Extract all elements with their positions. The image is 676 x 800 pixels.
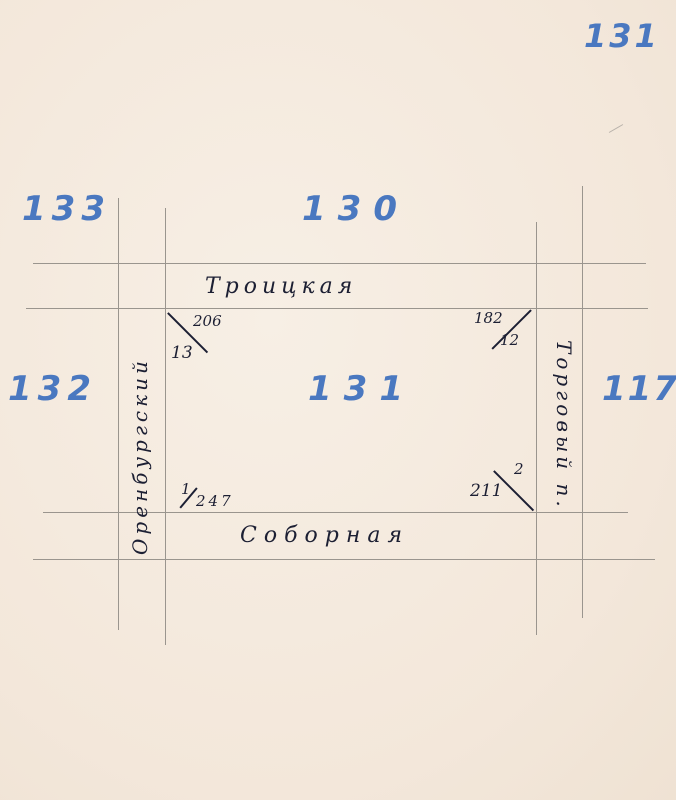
corner-lot-bottom-left-lower: 247 [196, 494, 234, 509]
corner-lot-bottom-left-upper: 1 [181, 482, 191, 497]
corner-lot-top-left-lower: 13 [171, 345, 193, 362]
street-line-left-outer [118, 198, 119, 630]
corner-lot-bottom-right-lower: 211 [470, 483, 502, 500]
street-line-left-inner [165, 208, 166, 645]
street-line-top-lower [26, 308, 648, 309]
street-name-left: Оренбургский [130, 357, 150, 555]
street-line-right-outer [582, 186, 583, 618]
corner-lot-bottom-right-upper: 2 [514, 462, 524, 477]
corner-lot-top-right-lower: 12 [500, 333, 519, 348]
street-line-top-upper [33, 263, 646, 264]
page-number: 131 [584, 20, 660, 52]
street-name-right: Торговый п. [554, 340, 574, 511]
block-number-top: 130 [302, 192, 409, 226]
block-number-center: 131 [308, 372, 415, 406]
block-number-top-left: 133 [22, 192, 111, 226]
block-number-left: 132 [8, 372, 97, 406]
street-line-right-inner [536, 222, 537, 635]
street-name-top: Троицкая [205, 276, 357, 298]
corner-lot-top-right-upper: 182 [474, 311, 503, 326]
street-name-bottom: Соборная [240, 525, 409, 547]
corner-lot-top-left-upper: 206 [193, 314, 222, 329]
block-number-right: 117 [602, 372, 676, 406]
street-line-bottom-lower [33, 559, 655, 560]
